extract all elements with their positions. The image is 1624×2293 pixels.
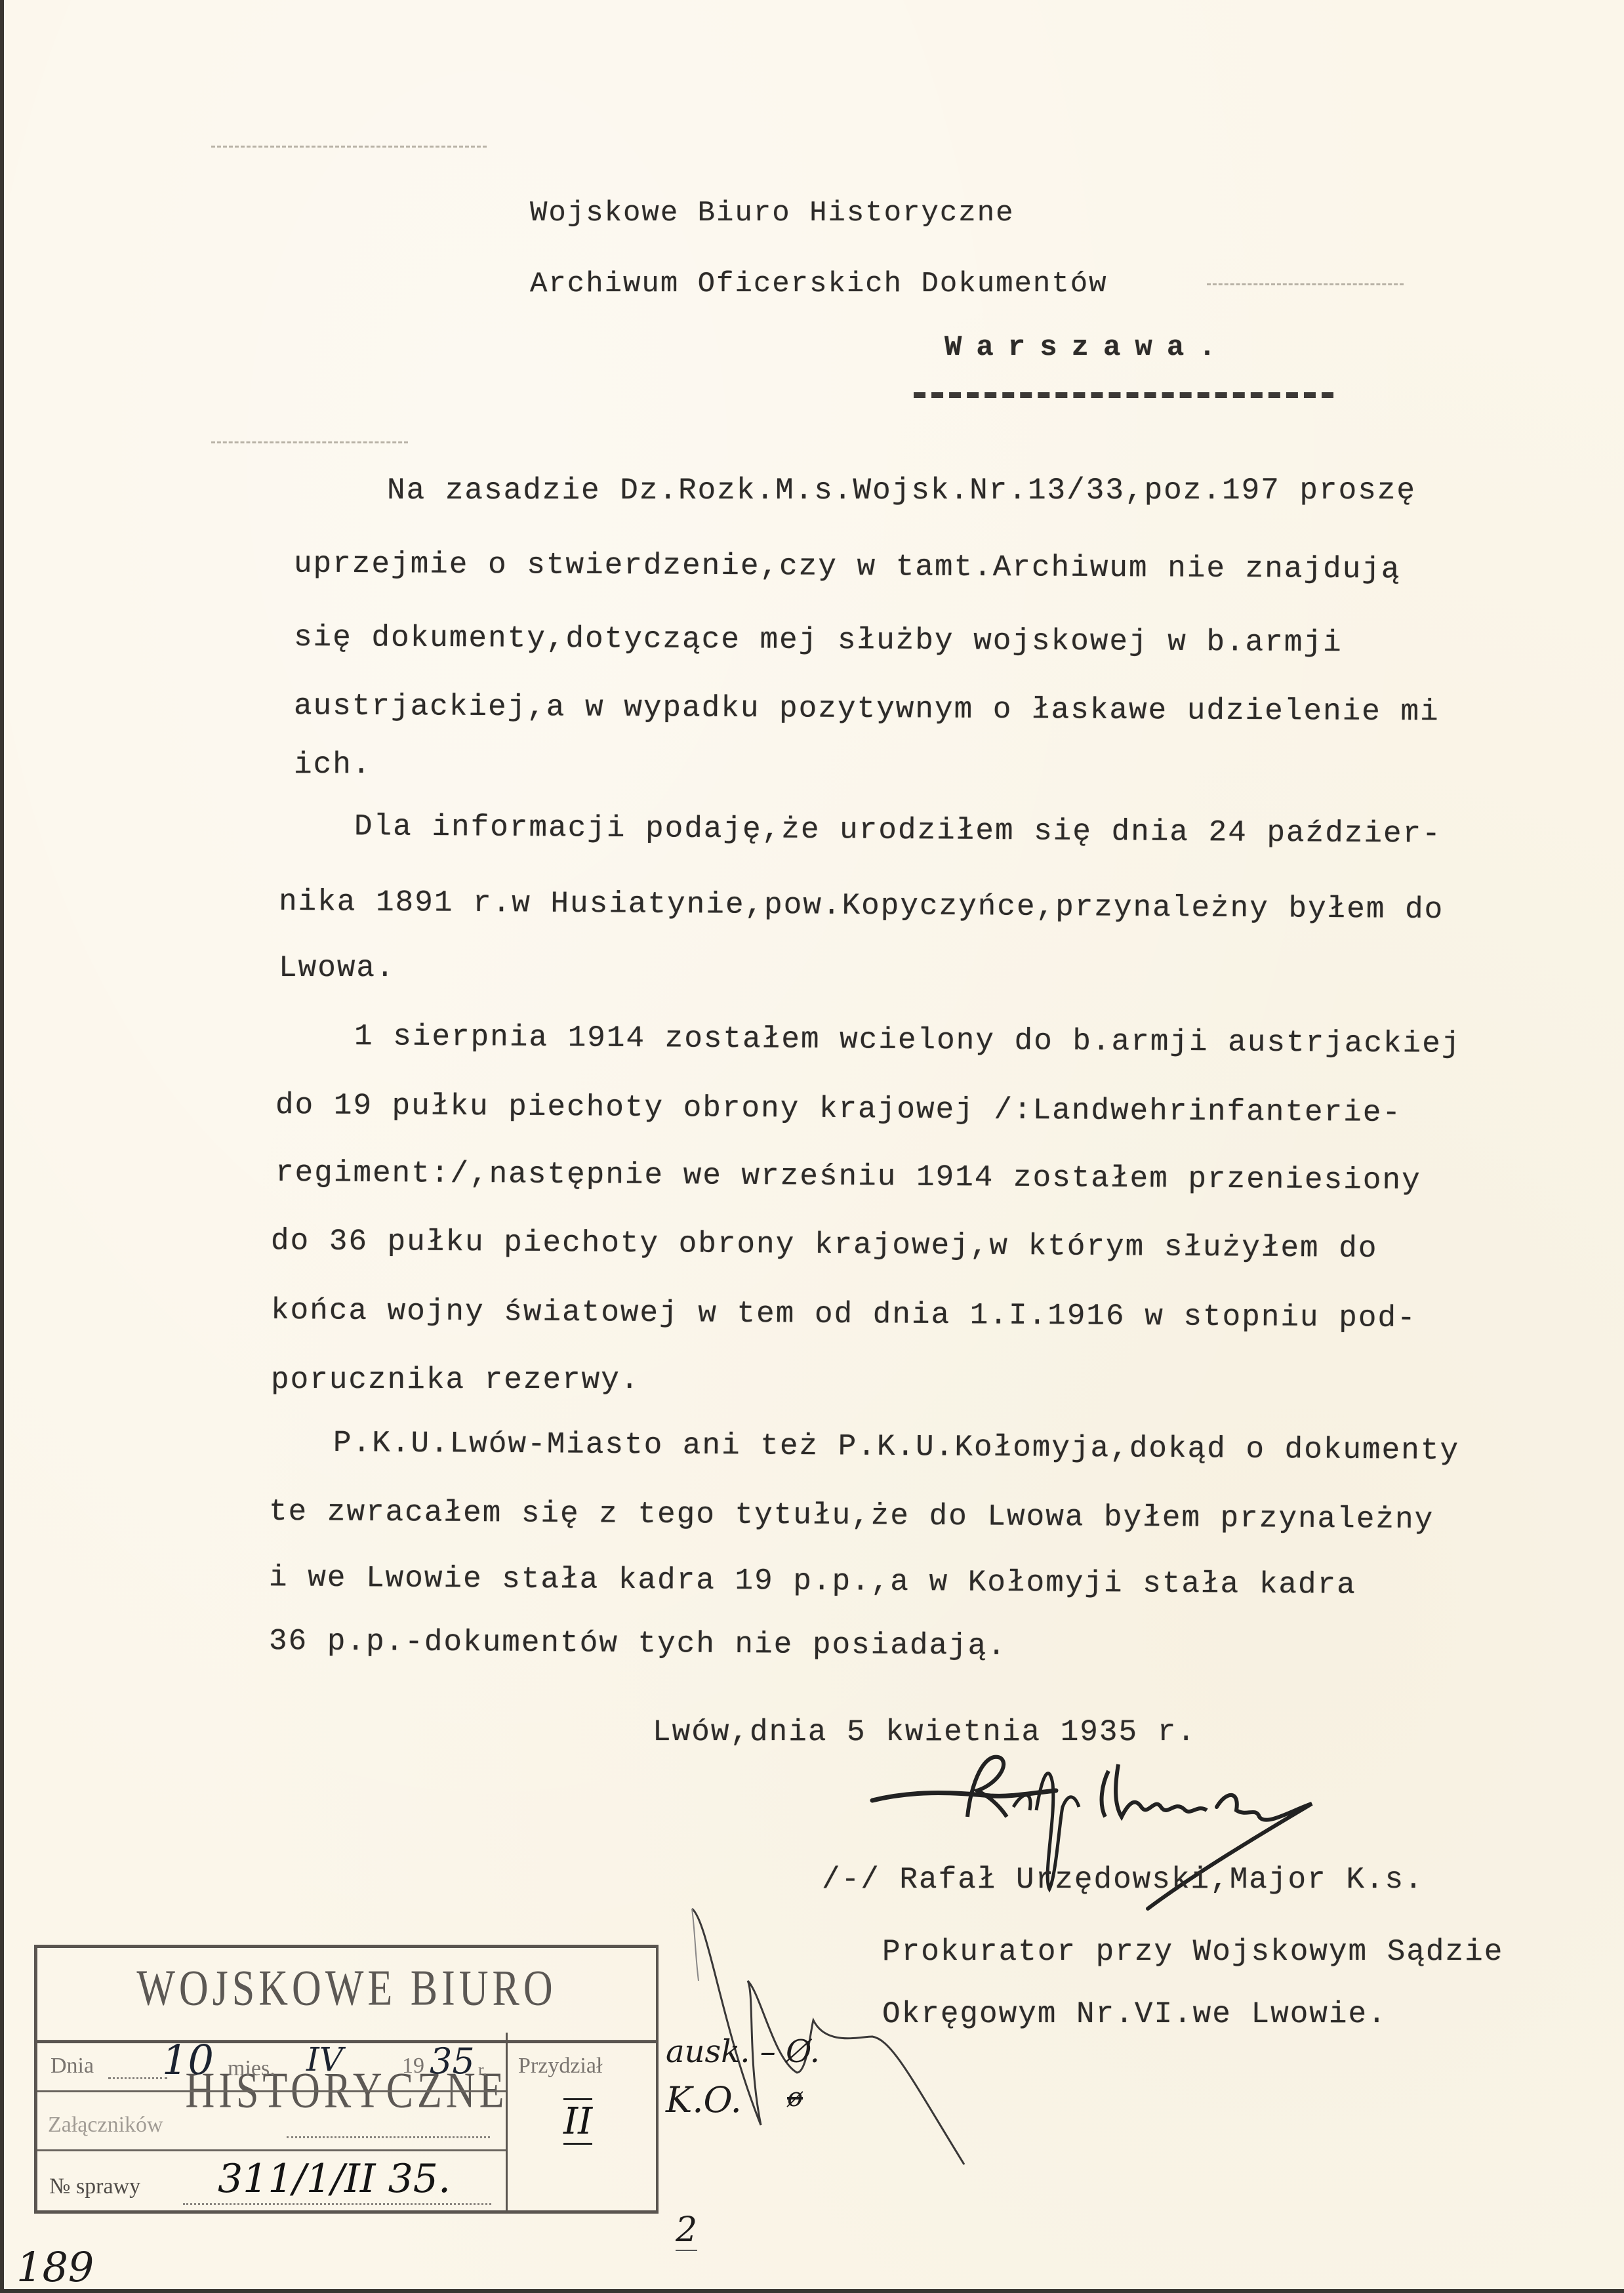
- body-line: uprzejmie o stwierdzenie,czy w tamt.Arch…: [294, 547, 1401, 587]
- body-line: Lwowa.: [279, 951, 396, 985]
- faint-dashed-line: [1207, 283, 1404, 285]
- stamp-row-date: Dnia 10 mies. IV 19 35 r.: [37, 2033, 506, 2092]
- body-line: nika 1891 r.w Husiatynie,pow.Kopyczyńce,…: [279, 885, 1444, 927]
- body-line: końca wojny światowej w tem od dnia 1.I.…: [271, 1293, 1417, 1335]
- body-line: Dla informacji podaję,że urodziłem się d…: [354, 809, 1442, 851]
- stamp-year-prefix: 19: [402, 2054, 424, 2079]
- folio-number: 189: [16, 2243, 94, 2291]
- stamp-title: WOJSKOWE BIURO HISTORYCZNE: [37, 1938, 656, 2043]
- body-line: i we Lwowie stała kadra 19 p.p.,a w Koło…: [269, 1560, 1356, 1602]
- body-line: te zwracałem się z tego tytułu,że do Lwo…: [269, 1495, 1434, 1537]
- marginal-note-line-2: K.O.: [666, 2079, 742, 2121]
- stamp-year-suffix: r.: [478, 2060, 487, 2080]
- stamp-fields: Dnia 10 mies. IV 19 35 r. Załączników № …: [37, 2033, 508, 2210]
- stamp-attachments-label: Załączników: [48, 2113, 163, 2138]
- stamp-year-value: 35: [430, 2040, 475, 2082]
- stamp-assignment-label: Przydział: [518, 2054, 602, 2079]
- body-line: P.K.U.Lwów-Miasto ani też P.K.U.Kołomyja…: [333, 1426, 1459, 1468]
- body-line: do 36 pułku piechoty obrony krajowej,w k…: [271, 1224, 1378, 1266]
- stamp-month-label: mies.: [228, 2056, 275, 2081]
- city-underline: [914, 392, 1333, 398]
- body-line: 36 p.p.-dokumentów tych nie posiadają.: [269, 1624, 1007, 1663]
- marginal-note-line-1: ausk. – Ø.: [666, 2033, 820, 2070]
- signatory-name-line: /-/ Rafał Urzędowski,Major K.s.: [822, 1863, 1424, 1897]
- stamp-case-value: 311/1/II 35.: [218, 2156, 451, 2202]
- page-edge-bottom: [0, 2289, 1624, 2293]
- stamp-day-value: 10: [162, 2036, 214, 2084]
- stamp-row-attachments: Załączników: [37, 2092, 506, 2151]
- body-line: do 19 pułku piechoty obrony krajowej /:L…: [275, 1088, 1402, 1130]
- page-edge-left: [0, 0, 4, 2293]
- addressee-city: Warszawa.: [944, 331, 1230, 364]
- body-line: 1 sierpnia 1914 zostałem wcielony do b.a…: [354, 1019, 1461, 1061]
- faint-dashed-line: [211, 441, 408, 443]
- stamp-dotted-line: [287, 2136, 490, 2138]
- stamp-case-label: № sprawy: [49, 2174, 140, 2199]
- stamp-assignment-value: II: [563, 2098, 592, 2145]
- stamp-assignment: Przydział II: [508, 2033, 656, 2210]
- marginal-note-extra: ø: [787, 2082, 803, 2113]
- addressee-line-1: Wojskowe Biuro Historyczne: [530, 197, 1015, 230]
- stamp-row-case: № sprawy 311/1/II 35.: [37, 2151, 506, 2208]
- body-line: austrjackiej,a w wypadku pozytywnym o ła…: [294, 689, 1440, 729]
- page-count-note: 2: [676, 2210, 697, 2251]
- stamp-day-label: Dnia: [51, 2054, 94, 2079]
- registry-stamp: WOJSKOWE BIURO HISTORYCZNE Dnia 10 mies.…: [34, 1945, 659, 2214]
- body-line: porucznika rezerwy.: [271, 1363, 640, 1397]
- addressee-line-2: Archiwum Oficerskich Dokumentów: [530, 268, 1108, 300]
- body-line: ich.: [294, 748, 371, 782]
- body-line: się dokumenty,dotyczące mej służby wojsk…: [294, 620, 1343, 660]
- body-line: Na zasadzie Dz.Rozk.M.s.Wojsk.Nr.13/33,p…: [387, 474, 1416, 508]
- faint-dashed-line: [211, 146, 487, 148]
- stamp-month-value: IV: [306, 2040, 343, 2079]
- stamp-dotted-line: [108, 2077, 167, 2079]
- body-line: regiment:/,następnie we wrześniu 1914 zo…: [275, 1156, 1421, 1198]
- stamp-dotted-line: [183, 2203, 491, 2205]
